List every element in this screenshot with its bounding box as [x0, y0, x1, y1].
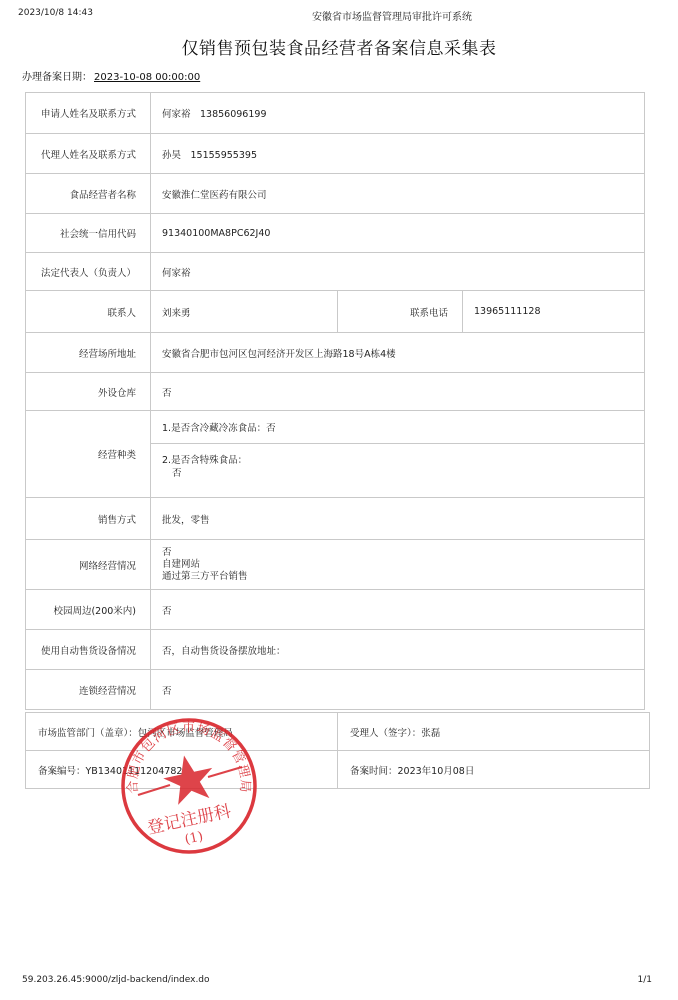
table-row: 代理人姓名及联系方式 孙昊 15155955395 [26, 134, 645, 174]
approval-table: 市场监管部门（盖章）：包河区市场监督管理局 受理人（签字）：张磊 备案编号：YB… [25, 712, 650, 789]
table-row: 法定代表人（负责人） 何家裕 [26, 253, 645, 291]
print-datetime: 2023/10/8 14:43 [18, 8, 93, 18]
business-type-label: 经营种类 [26, 411, 151, 498]
business-type-value: 1.是否含冷藏冷冻食品：否 2.是否含特殊食品： 否 [151, 411, 645, 498]
vending-label: 使用自动售货设备情况 [26, 630, 151, 670]
handler-cell: 受理人（签字）：张磊 [338, 713, 650, 751]
page-url: 59.203.26.45:9000/zljd-backend/index.do [22, 975, 210, 985]
external-warehouse-label: 外设仓库 [26, 373, 151, 411]
chain-business-value: 否 [151, 670, 645, 710]
credit-code-value: 91340100MA8PC62J40 [151, 214, 645, 253]
operator-name-value: 安徽淮仁堂医药有限公司 [151, 174, 645, 214]
filing-info-table: 申请人姓名及联系方式 何家裕 13856096199 代理人姓名及联系方式 孙昊… [25, 92, 645, 710]
table-row: 使用自动售货设备情况 否，自动售货设备摆放地址： [26, 630, 645, 670]
online-line: 否 [162, 547, 644, 559]
address-value: 安徽省合肥市包河区包河经济开发区上海路18号A栋4楼 [151, 333, 645, 373]
chain-business-label: 连锁经营情况 [26, 670, 151, 710]
filing-date: 办理备案日期：2023-10-08 00:00:00 [22, 68, 200, 83]
operator-name-label: 食品经营者名称 [26, 174, 151, 214]
applicant-label: 申请人姓名及联系方式 [26, 93, 151, 134]
record-time-cell: 备案时间：2023年10月08日 [338, 751, 650, 789]
agent-value: 孙昊 15155955395 [151, 134, 645, 174]
online-line: 通过第三方平台销售 [162, 571, 644, 583]
table-row: 备案编号：YB13401111204782 备案时间：2023年10月08日 [26, 751, 650, 789]
contact-phone-value: 13965111128 [463, 291, 645, 333]
table-row: 网络经营情况 否 自建网站 通过第三方平台销售 [26, 540, 645, 590]
page-number: 1/1 [638, 975, 652, 985]
vending-value: 否，自动售货设备摆放地址： [151, 630, 645, 670]
contact-phone-label: 联系电话 [338, 291, 463, 333]
campus-vicinity-label: 校园周边(200米内) [26, 590, 151, 630]
special-food-item: 2.是否含特殊食品： 否 [151, 444, 644, 497]
filing-date-value: 2023-10-08 00:00:00 [94, 72, 200, 83]
legal-rep-value: 何家裕 [151, 253, 645, 291]
address-label: 经营场所地址 [26, 333, 151, 373]
contact-person-value: 刘来勇 [151, 291, 338, 333]
svg-text:(1): (1) [183, 829, 204, 848]
applicant-value: 何家裕 13856096199 [151, 93, 645, 134]
document-title: 仅销售预包装食品经营者备案信息采集表 [0, 34, 678, 59]
authority-cell: 市场监管部门（盖章）：包河区市场监督管理局 [26, 713, 338, 751]
campus-vicinity-value: 否 [151, 590, 645, 630]
sales-method-label: 销售方式 [26, 498, 151, 540]
table-row: 销售方式 批发，零售 [26, 498, 645, 540]
cold-chain-item: 1.是否含冷藏冷冻食品：否 [151, 411, 644, 444]
online-line: 自建网站 [162, 559, 644, 571]
svg-text:登记注册科: 登记注册科 [146, 801, 233, 838]
special-food-label: 2.是否含特殊食品： [162, 454, 644, 467]
record-no-cell: 备案编号：YB13401111204782 [26, 751, 338, 789]
system-name: 安徽省市场监督管理局审批许可系统 [312, 8, 472, 23]
table-row: 外设仓库 否 [26, 373, 645, 411]
table-row: 经营种类 1.是否含冷藏冷冻食品：否 2.是否含特殊食品： 否 [26, 411, 645, 498]
table-row: 市场监管部门（盖章）：包河区市场监督管理局 受理人（签字）：张磊 [26, 713, 650, 751]
external-warehouse-value: 否 [151, 373, 645, 411]
filing-date-label: 办理备案日期： [22, 72, 92, 83]
table-row: 连锁经营情况 否 [26, 670, 645, 710]
table-row: 申请人姓名及联系方式 何家裕 13856096199 [26, 93, 645, 134]
table-row: 校园周边(200米内) 否 [26, 590, 645, 630]
sales-method-value: 批发，零售 [151, 498, 645, 540]
table-row: 食品经营者名称 安徽淮仁堂医药有限公司 [26, 174, 645, 214]
table-row: 联系人 刘来勇 联系电话 13965111128 [26, 291, 645, 333]
table-row: 经营场所地址 安徽省合肥市包河区包河经济开发区上海路18号A栋4楼 [26, 333, 645, 373]
table-row: 社会统一信用代码 91340100MA8PC62J40 [26, 214, 645, 253]
online-business-value: 否 自建网站 通过第三方平台销售 [151, 540, 645, 590]
legal-rep-label: 法定代表人（负责人） [26, 253, 151, 291]
special-food-value: 否 [162, 467, 644, 480]
contact-person-label: 联系人 [26, 291, 151, 333]
agent-label: 代理人姓名及联系方式 [26, 134, 151, 174]
credit-code-label: 社会统一信用代码 [26, 214, 151, 253]
online-business-label: 网络经营情况 [26, 540, 151, 590]
